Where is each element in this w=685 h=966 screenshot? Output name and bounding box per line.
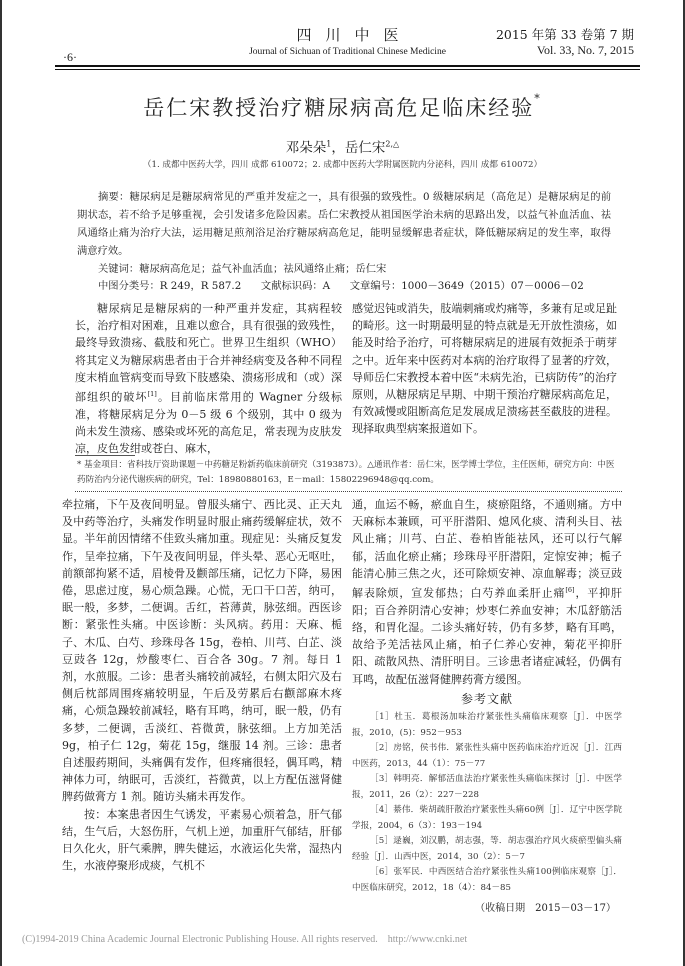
citation-mark: [6] bbox=[565, 586, 574, 594]
page-break-dotted-rule bbox=[75, 491, 622, 492]
abstract-label: 摘要： bbox=[98, 191, 129, 203]
reference-item: ［3］韩明亮．解郁活血法治疗紧张性头痛临床探讨［J］．中医学报，2011，26（… bbox=[352, 772, 622, 803]
title-text: 岳仁宋教授治疗糖尿病高危足临床经验 bbox=[143, 96, 534, 120]
case-right-column: 通，血运不畅，瘀血自生，痰瘀阻络，不通则痛。方中天麻标本兼顾，可平肝潜阳、熄风化… bbox=[352, 496, 622, 917]
header-rule-thick bbox=[55, 65, 640, 67]
commentary-cont: 通，血运不畅，瘀血自生，痰瘀阻络，不通则痛。方中天麻标本兼顾，可平肝潜阳、熄风化… bbox=[352, 496, 622, 688]
case-left-column: 牵拉痛，下午及夜间明显。曾服头痛宁、西比灵、正天丸及中药等治疗，头痛发作明显时服… bbox=[62, 496, 342, 874]
article-title: 岳仁宋教授治疗糖尿病高危足临床经验* bbox=[0, 92, 685, 122]
citation-mark: [1] bbox=[148, 390, 157, 398]
commentary-text-cont: 通，血运不畅，瘀血自生，痰瘀阻络，不通则痛。方中天麻标本兼顾，可平肝潜阳、熄风化… bbox=[352, 498, 622, 600]
reference-item: ［2］房铭，侯书伟．紧张性头痛中医药临床治疗近况［J］．江西中医药，2013，4… bbox=[352, 741, 622, 772]
reference-item: ［4］綦伟．柴胡疏肝散治疗紧张性头痛60例［J］．辽宁中医学院学报，2004，6… bbox=[352, 803, 622, 834]
intro-text: 糖尿病足是糖尿病的一种严重并发症，其病程较长，治疗相对困难，且难以愈合，具有很强… bbox=[75, 302, 342, 404]
title-funding-mark: * bbox=[534, 92, 542, 105]
commentary-text-end: ，平抑肝阳；百合养阴清心安神；炒枣仁养血安神；木瓜舒筋活络，和胃化湿。二诊头痛好… bbox=[352, 587, 622, 686]
author-name: 岳仁宋 bbox=[345, 140, 386, 156]
affiliations: （1. 成都中医药大学，四川 成都 610072；2. 成都中医药大学附属医院内… bbox=[0, 158, 685, 170]
intro-paragraph: 糖尿病足是糖尿病的一种严重并发症，其病程较长，治疗相对困难，且难以愈合，具有很强… bbox=[75, 300, 342, 457]
abstract-text: 糖尿病足是糖尿病常见的严重并发症之一，具有很强的致残性。0 级糖尿病足（高危足）… bbox=[77, 191, 611, 257]
header-rule-thin bbox=[55, 69, 640, 70]
keywords-text: 糖尿病高危足；益气补血活血；祛风通络止痛；岳仁宋 bbox=[139, 263, 386, 275]
journal-header: ·6· 四川中医 Journal of Sichuan of Tradition… bbox=[55, 22, 640, 82]
author-name: 邓朵朵 bbox=[286, 140, 327, 156]
issue-info-en: Vol. 33, No. 7, 2015 bbox=[537, 43, 634, 58]
received-date: （收稿日期 2015－03－17） bbox=[352, 900, 622, 917]
references-heading: 参考文献 bbox=[352, 691, 622, 708]
reference-item: ［5］逯巍，刘汉鹏，胡志强，等．胡志强治疗风火痰瘀型偏头痛经验［J］．山西中医，… bbox=[352, 834, 622, 865]
footnote-rule bbox=[75, 455, 135, 456]
author-list: 邓朵朵1，岳仁宋2,△ bbox=[0, 136, 685, 156]
reference-item: ［1］杜玉．葛根汤加味治疗紧张性头痛临床观察［J］．中医学报，2010，(5)：… bbox=[352, 710, 622, 741]
author-separator: ， bbox=[331, 140, 345, 156]
classification-codes: 中图分类号：R 249，R 587.2 文献标识码：A 文章编号：1000－36… bbox=[98, 277, 584, 292]
intro-paragraph-cont: 感觉迟钝或消失，肢端刺痛或灼痛等，多兼有足或足趾的畸形。这一时期最明显的特点就是… bbox=[352, 300, 617, 438]
keywords: 关键词：糖尿病高危足；益气补血活血；祛风通络止痛；岳仁宋 bbox=[98, 260, 386, 275]
intro-right-column: 感觉迟钝或消失，肢端刺痛或灼痛等，多兼有足或足趾的畸形。这一时期最明显的特点就是… bbox=[352, 300, 617, 438]
issue-info-cn: 2015 年第 33 卷第 7 期 bbox=[496, 25, 634, 43]
keywords-label: 关键词： bbox=[98, 263, 139, 275]
copyright-watermark: (C)1994-2019 China Academic Journal Elec… bbox=[22, 934, 467, 945]
abstract: 摘要：糖尿病足是糖尿病常见的严重并发症之一，具有很强的致残性。0 级糖尿病足（高… bbox=[77, 188, 611, 260]
author-affiliation-mark: 2,△ bbox=[385, 140, 399, 149]
intro-left-column: 糖尿病足是糖尿病的一种严重并发症，其病程较长，治疗相对困难，且难以愈合，具有很强… bbox=[75, 300, 342, 457]
reference-item: ［6］张军民．中西医结合治疗紧张性头痛100例临床观察［J］．中医临床研究，20… bbox=[352, 865, 622, 896]
commentary-text: 按：本案患者因生气诱发，平素易心烦着急，肝气郁结，生气后，大怒伤肝，气机上逆，加… bbox=[62, 806, 342, 875]
case-report-text: 牵拉痛，下午及夜间明显。曾服头痛宁、西比灵、正天丸及中药等治疗，头痛发作明显时服… bbox=[62, 496, 342, 806]
funding-footnote: * 基金项目：省科技厅资助课题－中药糖足粉新药临床前研究（3193873）。△通… bbox=[77, 458, 622, 488]
